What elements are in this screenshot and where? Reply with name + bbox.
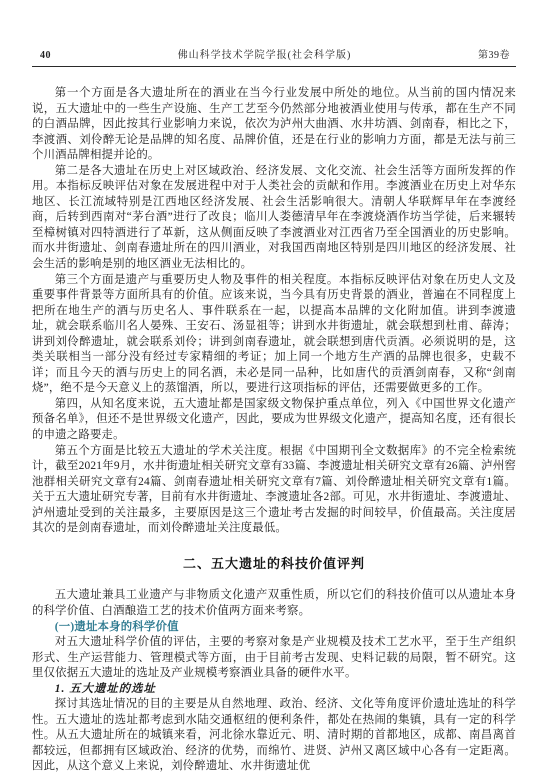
body-paragraph-4: 第四，从知名度来说，五大遗址都是国家级文物保护重点单位，列入《中国世界文化遗产预…: [32, 397, 516, 444]
body-paragraph-3: 第三个方面是遗产与重要历史人物及事件的相关程度。本指标反映评估对象在历史人文及重…: [32, 273, 516, 397]
body-paragraph-2: 第二是各大遗址在历史上对区域政治、经济发展、文化交流、社会生活等方面所发挥的作用…: [32, 164, 516, 273]
header-rule: [32, 66, 516, 67]
volume-label: 第39卷: [478, 46, 510, 61]
running-header: 40 佛山科学技术学院学报(社会科学版) 第39卷: [32, 46, 516, 61]
subsection-paragraph: 对五大遗址科学价值的评估，主要的考察对象是产业规模及技术工艺水平，至于生产组织形…: [32, 635, 516, 682]
subsection-heading: (一)遗址本身的科学价值: [32, 620, 516, 636]
body-paragraph-5: 第五个方面是比较五大遗址的学术关注度。根据《中国期刊全文数据库》的不完全检索统计…: [32, 444, 516, 537]
subsubsection-paragraph: 探讨其选址情况的目的主要是从自然地理、政治、经济、文化等角度评价遗址选址的科学性…: [32, 697, 516, 775]
section2-intro-paragraph: 五大遗址兼具工业遗产与非物质文化遗产双重性质，所以它们的科技价值可以从遗址本身的…: [32, 588, 516, 619]
journal-title: 佛山科学技术学院学报(社会科学版): [178, 46, 352, 61]
subsubsection-heading: 1. 五大遗址的选址: [32, 682, 516, 698]
article-body: 第一个方面是各大遗址所在的酒业在当今行业发展中所处的地位。从当前的国内情况来说，…: [32, 86, 516, 775]
journal-page: 40 佛山科学技术学院学报(社会科学版) 第39卷 第一个方面是各大遗址所在的酒…: [0, 0, 547, 777]
section-heading: 二、五大遗址的科技价值评判: [32, 556, 516, 572]
body-paragraph-1: 第一个方面是各大遗址所在的酒业在当今行业发展中所处的地位。从当前的国内情况来说，…: [32, 86, 516, 164]
page-number: 40: [40, 50, 51, 61]
